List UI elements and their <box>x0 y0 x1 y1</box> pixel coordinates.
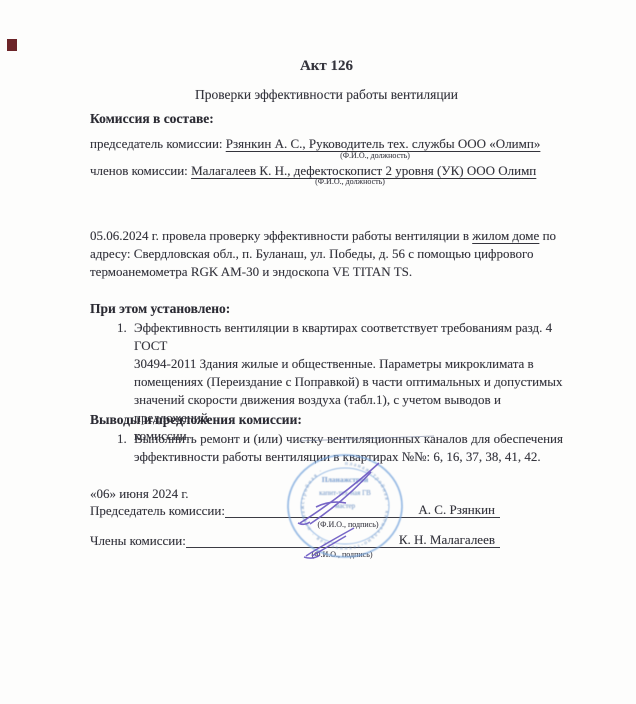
members-signature-row: Члены комиссии: К. Н. Малагалеев <box>90 532 500 548</box>
findings-line-3: помещениях (Переиздание с Поправкой) в ч… <box>134 373 567 391</box>
committee-chair-caption: (Ф.И.О., должность) <box>340 151 410 160</box>
committee-heading: Комиссия в составе: <box>90 111 214 127</box>
intro-line1-underlined: жилом доме <box>472 228 539 243</box>
document-title: Акт 126 <box>90 58 563 75</box>
intro-line-1: 05.06.2024 г. провела проверку эффективн… <box>90 227 570 245</box>
conclusions-heading: Выводы и предложения комиссии: <box>90 412 302 428</box>
chair-signature-label: Председатель комиссии: <box>90 503 225 518</box>
findings-line-2: 30494-2011 Здания жилые и общественные. … <box>134 355 567 373</box>
members-signature-label: Члены комиссии: <box>90 533 186 548</box>
conclusions-line-1: Выполнить ремонт и (или) чистку вентиляц… <box>134 430 563 448</box>
findings-heading: При этом установлено: <box>90 301 230 317</box>
members-signature-name: К. Н. Малагалеев <box>399 532 495 547</box>
findings-line-1: Эффективность вентиляции в квартирах соо… <box>134 319 567 355</box>
chair-signature-caption: (Ф.И.О., подпись) <box>317 520 378 529</box>
intro-line1-before: 05.06.2024 г. провела проверку эффективн… <box>90 228 472 243</box>
stamp-text-line2: капит-тех-ная ГВ <box>319 489 371 497</box>
committee-members-caption: (Ф.И.О., должность) <box>315 177 385 186</box>
stamp-text-line1: Планажстрой <box>322 475 369 484</box>
intro-line-3: термоанемометра RGK AM-30 и эндоскопа VE… <box>90 263 570 281</box>
committee-members-label: членов комиссии: <box>90 163 188 178</box>
conclusions-item: 1. Выполнить ремонт и (или) чистку венти… <box>117 430 563 466</box>
document-subtitle: Проверки эффективности работы вентиляции <box>90 87 563 103</box>
members-signature-line: К. Н. Малагалеев <box>186 532 500 548</box>
committee-chair-value: Рзянкин А. С., Руководитель тех. службы … <box>226 136 541 151</box>
conclusions-item-number: 1. <box>117 430 134 466</box>
committee-members-value: Малагалеев К. Н., дефектоскопист 2 уровн… <box>191 163 536 178</box>
signing-date: «06» июня 2024 г. <box>90 485 188 503</box>
chair-signature-line: А. С. Рзянкин <box>225 502 500 518</box>
conclusions-item-text: Выполнить ремонт и (или) чистку вентиляц… <box>134 430 563 466</box>
chair-signature-name: А. С. Рзянкин <box>418 502 495 517</box>
conclusions-line-2: эффективности работы вентиляции в кварти… <box>134 448 563 466</box>
intro-line-2: адресу: Свердловская обл., п. Буланаш, у… <box>90 245 570 263</box>
intro-paragraph: 05.06.2024 г. провела проверку эффективн… <box>90 227 570 281</box>
intro-line1-after: по <box>539 228 556 243</box>
chair-signature-row: Председатель комиссии: А. С. Рзянкин <box>90 502 500 518</box>
members-signature-caption: (Ф.И.О., подпись) <box>311 550 372 559</box>
committee-chair-label: председатель комиссии: <box>90 136 223 151</box>
scanned-document-page: Акт 126 Проверки эффективности работы ве… <box>0 0 636 704</box>
scan-corner-artifact <box>7 39 17 51</box>
